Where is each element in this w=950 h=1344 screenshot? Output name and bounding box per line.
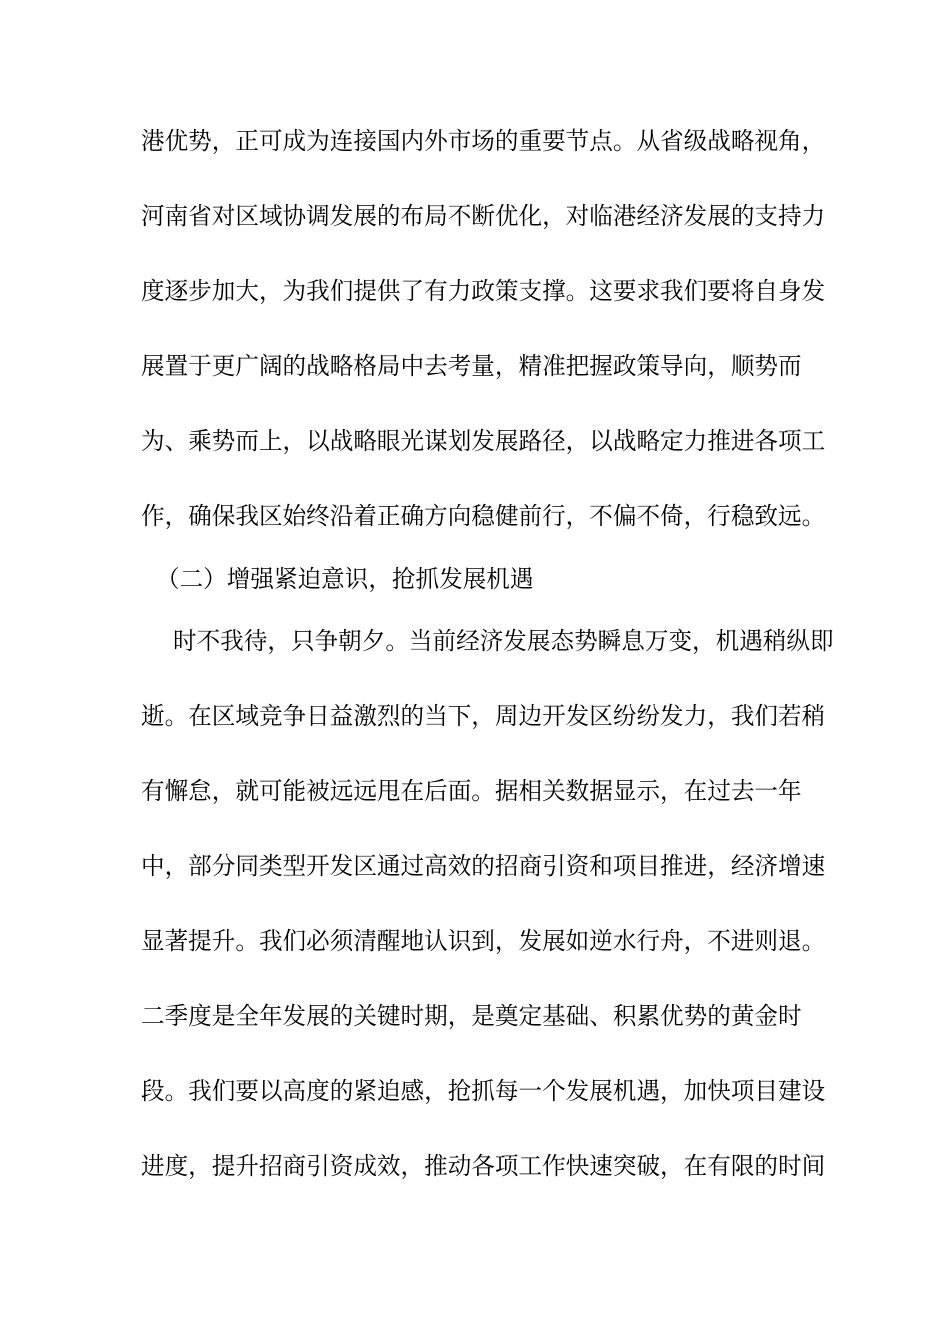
text-line: 进度，提升招商引资成效，推动各项工作快速突破，在有限的时间	[141, 1129, 930, 1204]
text-line: 有懈怠，就可能被远远甩在后面。据相关数据显示，在过去一年	[141, 754, 930, 829]
text-line: 二季度是全年发展的关键时期，是奠定基础、积累优势的黄金时	[141, 979, 930, 1054]
paragraph-continuation: 港优势，正可成为连接国内外市场的重要节点。从省级战略视角， 河南省对区域协调发展…	[141, 104, 930, 554]
text-line: 为、乘势而上，以战略眼光谋划发展路径，以战略定力推进各项工	[141, 404, 930, 479]
text-line: 河南省对区域协调发展的布局不断优化，对临港经济发展的支持力	[141, 179, 930, 254]
text-line: 时不我待，只争朝夕。当前经济发展态势瞬息万变，机遇稍纵即	[141, 604, 930, 679]
section-heading: （二）增强紧迫意识，抢抓发展机遇	[141, 554, 930, 604]
paragraph-body: 时不我待，只争朝夕。当前经济发展态势瞬息万变，机遇稍纵即 逝。在区域竞争日益激烈…	[141, 604, 930, 1204]
text-line: 显著提升。我们必须清醒地认识到，发展如逆水行舟，不进则退。	[141, 904, 930, 979]
document-body: { "page": { "background_color": "#ffffff…	[0, 0, 950, 1344]
text-line: 度逐步加大，为我们提供了有力政策支撑。这要求我们要将自身发	[141, 254, 930, 329]
text-line: 中，部分同类型开发区通过高效的招商引资和项目推进，经济增速	[141, 829, 930, 904]
text-line: 逝。在区域竞争日益激烈的当下，周边开发区纷纷发力，我们若稍	[141, 679, 930, 754]
text-line: 段。我们要以高度的紧迫感，抢抓每一个发展机遇，加快项目建设	[141, 1054, 930, 1129]
text-line: 作，确保我区始终沿着正确方向稳健前行，不偏不倚，行稳致远。	[141, 479, 930, 554]
document-page: 港优势，正可成为连接国内外市场的重要节点。从省级战略视角， 河南省对区域协调发展…	[0, 0, 950, 1344]
text-line: 港优势，正可成为连接国内外市场的重要节点。从省级战略视角，	[141, 104, 930, 179]
text-line: 展置于更广阔的战略格局中去考量，精准把握政策导向，顺势而	[141, 329, 930, 404]
